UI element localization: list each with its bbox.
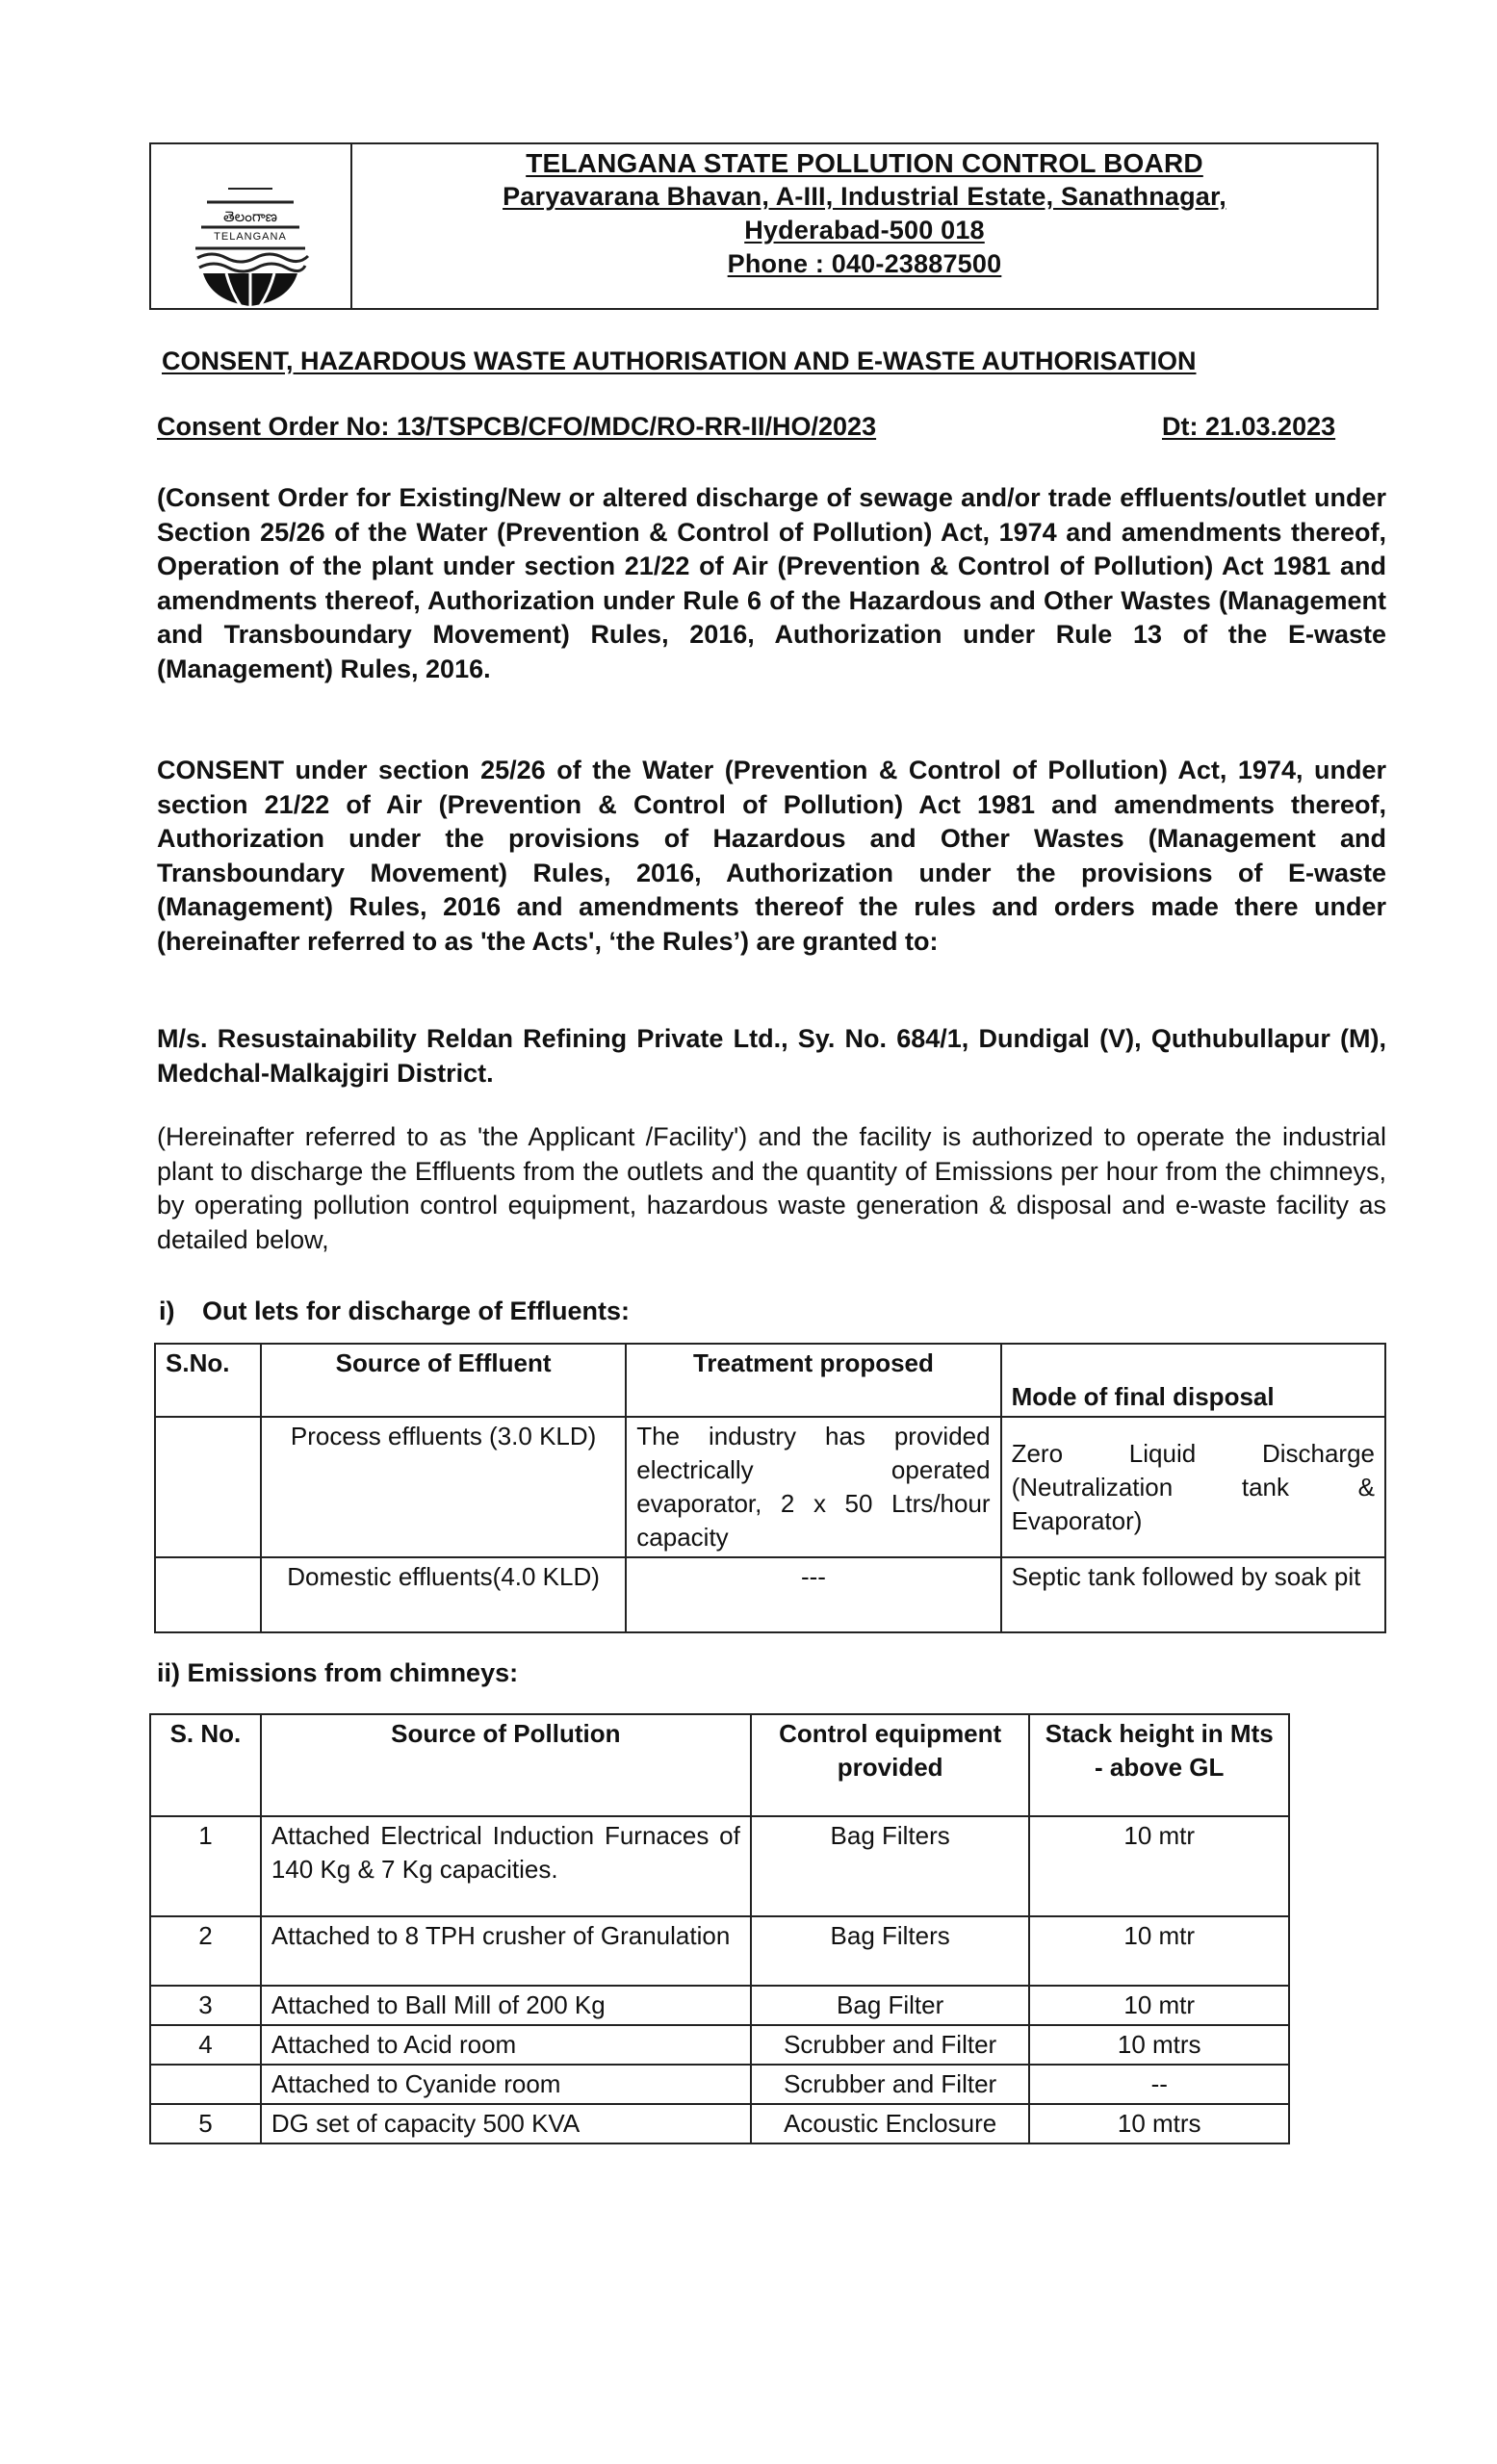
- disposal-cell: Septic tank followed by soak pit: [1001, 1557, 1385, 1632]
- effluents-table: S.No. Source of Effluent Treatment propo…: [154, 1343, 1386, 1633]
- source-cell: Attached to Cyanide room: [261, 2065, 751, 2104]
- letterhead-text: TELANGANA STATE POLLUTION CONTROL BOARD …: [352, 144, 1377, 308]
- equipment-cell: Scrubber and Filter: [751, 2065, 1030, 2104]
- effluents-section-heading: i)Out lets for discharge of Effluents:: [159, 1296, 630, 1326]
- table-row: Attached to Cyanide room Scrubber and Fi…: [150, 2065, 1289, 2104]
- consent-order-description: (Consent Order for Existing/New or alter…: [157, 481, 1386, 686]
- column-header: Source of Pollution: [261, 1714, 751, 1816]
- source-cell: Attached to Acid room: [261, 2025, 751, 2065]
- stack-height-cell: --: [1029, 2065, 1289, 2104]
- sno-cell: 4: [150, 2025, 261, 2065]
- source-cell: Attached to Ball Mill of 200 Kg: [261, 1986, 751, 2025]
- column-header: Mode of final disposal: [1001, 1344, 1385, 1417]
- column-header: Source of Effluent: [261, 1344, 626, 1417]
- emissions-table: S. No. Source of Pollution Control equip…: [149, 1713, 1290, 2144]
- sno-cell: [155, 1557, 261, 1632]
- column-header: Treatment proposed: [626, 1344, 1000, 1417]
- emblem-graphic: [188, 181, 313, 308]
- telangana-emblem-icon: తెలంగాణ TELANGANA: [188, 181, 313, 308]
- column-header: S. No.: [150, 1714, 261, 1816]
- table-row: 4 Attached to Acid room Scrubber and Fil…: [150, 2025, 1289, 2065]
- source-cell: Domestic effluents(4.0 KLD): [261, 1557, 626, 1632]
- table-row: 3 Attached to Ball Mill of 200 Kg Bag Fi…: [150, 1986, 1289, 2025]
- organization-name: TELANGANA STATE POLLUTION CONTROL BOARD: [352, 146, 1377, 180]
- phone-number: Phone : 040-23887500: [352, 247, 1377, 281]
- source-cell: Process effluents (3.0 KLD): [261, 1417, 626, 1557]
- sno-cell: [150, 2065, 261, 2104]
- emissions-section-heading: ii) Emissions from chimneys:: [157, 1658, 518, 1688]
- column-header: Control equipment provided: [751, 1714, 1030, 1816]
- equipment-cell: Scrubber and Filter: [751, 2025, 1030, 2065]
- sno-cell: [155, 1417, 261, 1557]
- logo-english-text: TELANGANA: [188, 231, 313, 243]
- sno-cell: 1: [150, 1816, 261, 1916]
- table-row: 2 Attached to 8 TPH crusher of Granulati…: [150, 1916, 1289, 1986]
- section-title: Out lets for discharge of Effluents:: [202, 1296, 630, 1325]
- source-cell: Attached Electrical Induction Furnaces o…: [261, 1816, 751, 1916]
- stack-height-cell: 10 mtr: [1029, 1816, 1289, 1916]
- sno-cell: 5: [150, 2104, 261, 2143]
- section-number: i): [159, 1296, 202, 1326]
- source-cell: Attached to 8 TPH crusher of Granulation: [261, 1916, 751, 1986]
- document-title: CONSENT, HAZARDOUS WASTE AUTHORISATION A…: [162, 346, 1384, 376]
- order-date: Dt: 21.03.2023: [1162, 412, 1335, 442]
- table-row: Process effluents (3.0 KLD) The industry…: [155, 1417, 1385, 1557]
- consent-grant-paragraph: CONSENT under section 25/26 of the Water…: [157, 754, 1386, 959]
- sno-cell: 2: [150, 1916, 261, 1986]
- source-cell: DG set of capacity 500 KVA: [261, 2104, 751, 2143]
- stack-height-cell: 10 mtr: [1029, 1986, 1289, 2025]
- stack-height-cell: 10 mtrs: [1029, 2104, 1289, 2143]
- treatment-cell: ---: [626, 1557, 1000, 1632]
- address-line-2: Hyderabad-500 018: [352, 214, 1377, 247]
- letterhead: తెలంగాణ TELANGANA TELANGANA STATE POLLUT…: [149, 142, 1379, 310]
- stack-height-cell: 10 mtrs: [1029, 2025, 1289, 2065]
- stack-height-cell: 10 mtr: [1029, 1916, 1289, 1986]
- equipment-cell: Acoustic Enclosure: [751, 2104, 1030, 2143]
- equipment-cell: Bag Filters: [751, 1916, 1030, 1986]
- table-row: Domestic effluents(4.0 KLD) --- Septic t…: [155, 1557, 1385, 1632]
- disposal-cell: Zero Liquid Discharge (Neutralization ta…: [1001, 1417, 1385, 1557]
- applicant-details: M/s. Resustainability Reldan Refining Pr…: [157, 1022, 1386, 1091]
- table-header-row: S. No. Source of Pollution Control equip…: [150, 1714, 1289, 1816]
- table-header-row: S.No. Source of Effluent Treatment propo…: [155, 1344, 1385, 1417]
- equipment-cell: Bag Filters: [751, 1816, 1030, 1916]
- authorization-paragraph: (Hereinafter referred to as 'the Applica…: [157, 1120, 1386, 1257]
- table-row: 1 Attached Electrical Induction Furnaces…: [150, 1816, 1289, 1916]
- consent-order-number: Consent Order No: 13/TSPCB/CFO/MDC/RO-RR…: [157, 412, 876, 442]
- treatment-cell: The industry has provided electrically o…: [626, 1417, 1000, 1557]
- document-page: తెలంగాణ TELANGANA TELANGANA STATE POLLUT…: [0, 0, 1497, 2464]
- table-row: 5 DG set of capacity 500 KVA Acoustic En…: [150, 2104, 1289, 2143]
- logo-cell: తెలంగాణ TELANGANA: [151, 144, 352, 308]
- column-header: Stack height in Mts - above GL: [1029, 1714, 1289, 1816]
- logo-telugu-text: తెలంగాణ: [188, 208, 313, 229]
- equipment-cell: Bag Filter: [751, 1986, 1030, 2025]
- column-header: S.No.: [155, 1344, 261, 1417]
- address-line-1: Paryavarana Bhavan, A-III, Industrial Es…: [352, 180, 1377, 214]
- sno-cell: 3: [150, 1986, 261, 2025]
